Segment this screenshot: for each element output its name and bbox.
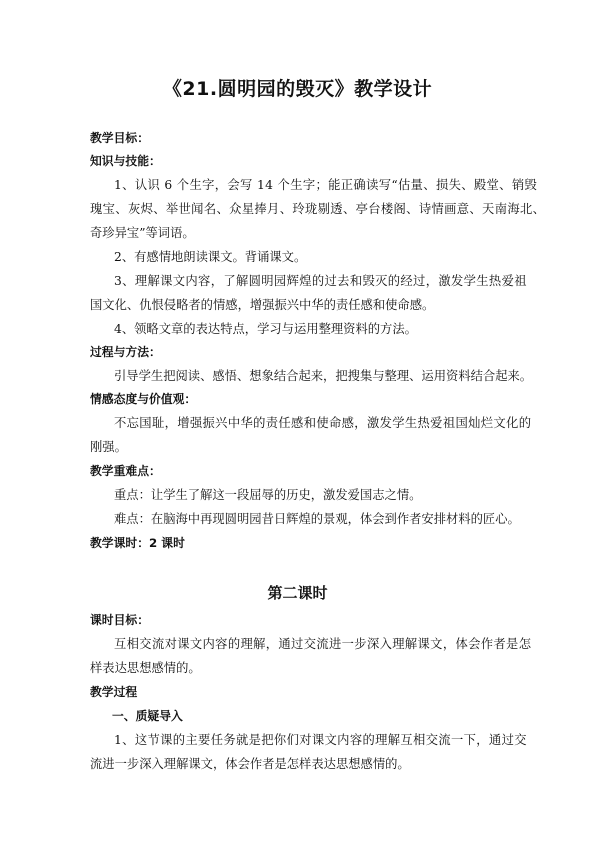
step-1-item-1-line-1: 1、这节课的主要任务就是把你们对课文内容的理解互相交流一下，通过交 — [90, 732, 522, 748]
step-1-heading: 一、质疑导入 — [90, 708, 544, 724]
goal-item-1-line-1: 1、认识 6 个生字，会写 14 个生字；能正确读写“估量、损失、殿堂、销毁 — [90, 177, 522, 193]
difficult-point: 难点：在脑海中再现圆明园昔日辉煌的景观，体会到作者安排材料的匠心。 — [90, 511, 522, 527]
heading-teaching-goals: 教学目标： — [90, 130, 522, 146]
heading-emotion-values: 情感态度与价值观： — [90, 391, 522, 407]
heading-teaching-process: 教学过程 — [90, 684, 522, 700]
goal-item-3-line-2: 国文化、仇恨侵略者的情感，增强振兴中华的责任感和使命感。 — [90, 297, 522, 313]
heading-process-methods: 过程与方法： — [90, 344, 522, 360]
process-methods-text: 引导学生把阅读、感悟、想象结合起来，把搜集与整理、运用资料结合起来。 — [90, 368, 522, 384]
lesson-goals-line-1: 互相交流对课文内容的理解，通过交流进一步深入理解课文，体会作者是怎 — [90, 636, 522, 652]
emotion-values-line-1: 不忘国耻，增强振兴中华的责任感和使命感，激发学生热爱祖国灿烂文化的 — [90, 415, 522, 431]
goal-item-1-line-3: 奇珍异宝”等词语。 — [90, 225, 522, 241]
goal-item-2: 2、有感情地朗读课文。背诵课文。 — [90, 249, 522, 265]
goal-item-1-line-2: 瑰宝、灰烬、举世闻名、众星捧月、玲珑剔透、亭台楼阁、诗情画意、天南海北、 — [90, 201, 522, 217]
class-hours: 教学课时：2 课时 — [90, 535, 522, 551]
emotion-values-line-2: 刚强。 — [90, 439, 522, 455]
key-point: 重点：让学生了解这一段屈辱的历史，激发爱国志之情。 — [90, 487, 522, 503]
goal-item-3-line-1: 3、理解课文内容，了解圆明园辉煌的过去和毁灭的经过，激发学生热爱祖 — [90, 273, 522, 289]
heading-key-difficult-points: 教学重难点： — [90, 463, 522, 479]
lesson-goals-line-2: 样表达思想感情的。 — [90, 660, 522, 676]
heading-knowledge-skills: 知识与技能： — [90, 153, 522, 169]
document-title: 《21.圆明园的毁灭》教学设计 — [0, 74, 595, 101]
second-lesson-heading: 第二课时 — [0, 582, 595, 603]
heading-lesson-goals: 课时目标： — [90, 612, 522, 628]
step-1-item-1-line-2: 流进一步深入理解课文，体会作者是怎样表达思想感情的。 — [90, 756, 522, 772]
goal-item-4: 4、领略文章的表达特点，学习与运用整理资料的方法。 — [90, 321, 522, 337]
document-page: 《21.圆明园的毁灭》教学设计 教学目标： 知识与技能： 1、认识 6 个生字，… — [0, 0, 595, 842]
